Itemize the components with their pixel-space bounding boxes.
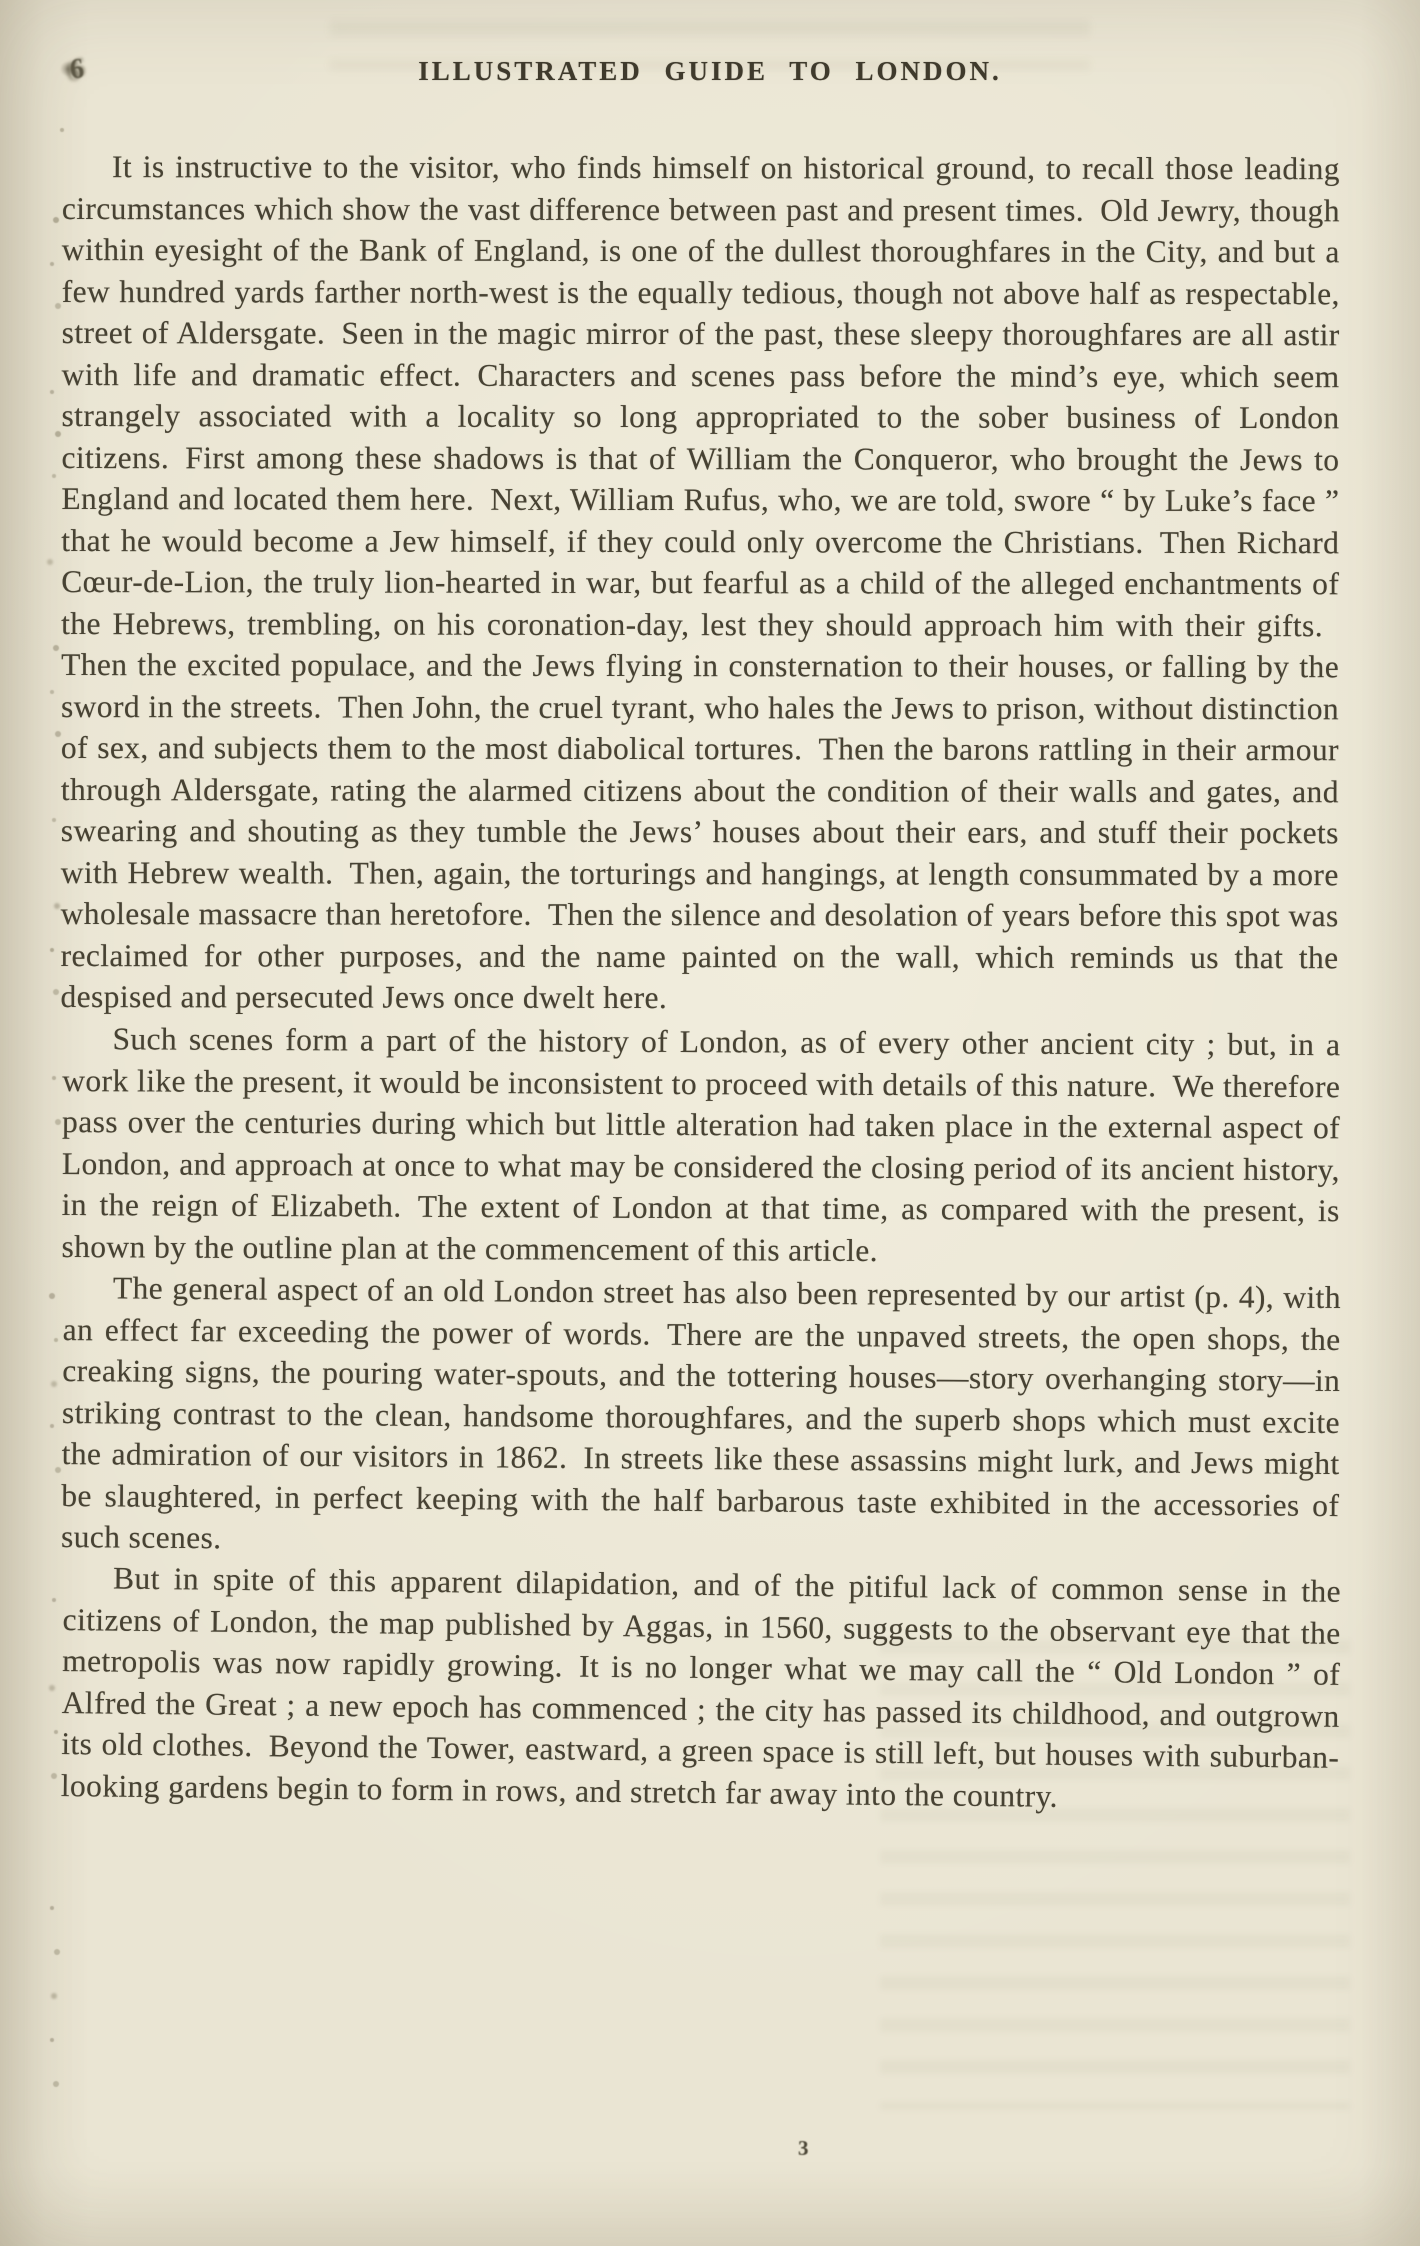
body-paragraph: It is instructive to the visitor, who fi… <box>60 146 1340 1020</box>
scanned-book-page: 6 ILLUSTRATED GUIDE TO LONDON. It is ins… <box>0 0 1420 2246</box>
running-header-title: ILLUSTRATED GUIDE TO LONDON. <box>0 56 1420 87</box>
body-paragraph: But in spite of this apparent dilapidati… <box>61 1557 1342 1820</box>
ink-specks <box>0 0 4 4</box>
body-text-block: It is instructive to the visitor, who fi… <box>62 146 1340 1806</box>
signature-mark: 3 <box>798 2136 809 2161</box>
body-paragraph: Such scenes form a part of the history o… <box>61 1018 1340 1273</box>
body-paragraph: The general aspect of an old London stre… <box>61 1267 1341 1568</box>
